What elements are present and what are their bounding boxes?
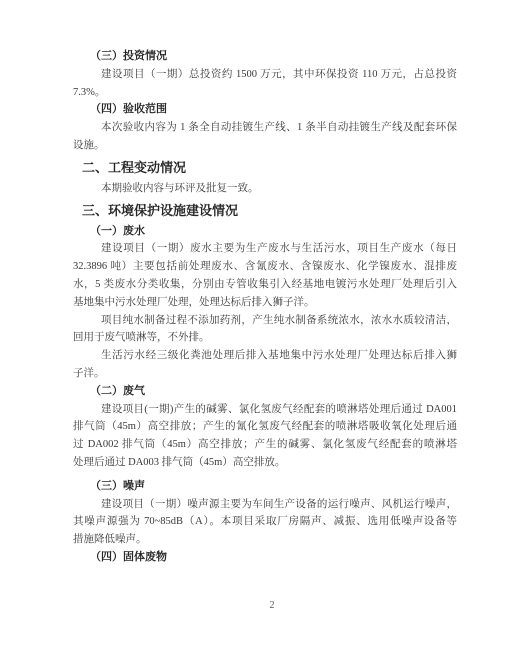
paragraph-line: 基地集中污水处理厂处理，处理达标后排入狮子洋。 [73, 294, 457, 312]
subsection-heading: （三）投资情况 [73, 48, 457, 66]
page-number: 2 [7, 600, 530, 611]
paragraph-line: 本期验收内容与环评及批复一致。 [73, 180, 457, 198]
subsection-heading: （四）固体废物 [73, 549, 457, 567]
paragraph-line: 子洋。 [73, 365, 457, 383]
section-heading: 二、工程变动情况 [73, 157, 457, 178]
paragraph-line: 建设项目（一期）总投资约 1500 万元，其中环保投资 110 万元，占总投资 [73, 66, 457, 84]
paragraph-line: 32.3896 吨）主要包括前处理废水、含氰废水、含镍废水、化学镍废水、混排废 [73, 258, 457, 276]
subsection-heading: （二）废气 [73, 383, 457, 401]
paragraph-line: 排气筒（45m）高空排放；产生的氰化氢废气经配套的喷淋塔吸收氧化处理后通 [73, 418, 457, 436]
subsection-heading: （四）验收范围 [73, 101, 457, 119]
paragraph-line: 过 DA002 排气筒（45m）高空排放；产生的碱雾、氯化氢废气经配套的喷淋塔 [73, 436, 457, 454]
paragraph-line: 建设项目（一期）废水主要为生产废水与生活污水，项目生产废水（每日 [73, 240, 457, 258]
document-body: （三）投资情况建设项目（一期）总投资约 1500 万元，其中环保投资 110 万… [0, 0, 530, 567]
paragraph-line: 处理后通过 DA003 排气筒（45m）高空排放。 [73, 454, 457, 472]
paragraph-line: 生活污水经三级化粪池处理后排入基地集中污水处理厂处理达标后排入狮 [73, 347, 457, 365]
paragraph-line: 建设项目(一期)产生的碱雾、氯化氢废气经配套的喷淋塔处理后通过 DA001 [73, 401, 457, 419]
section-heading: 三、环境保护设施建设情况 [73, 200, 457, 221]
subsection-heading: （三）噪声 [73, 478, 457, 496]
paragraph-line: 设施。 [73, 137, 457, 155]
paragraph-line: 水，5 类废水分类收集，分别由专管收集引入经基地电镀污水处理厂处理后引入 [73, 276, 457, 294]
paragraph-line: 本次验收内容为 1 条全自动挂镀生产线、1 条半自动挂镀生产线及配套环保 [73, 119, 457, 137]
document-page: （三）投资情况建设项目（一期）总投资约 1500 万元，其中环保投资 110 万… [0, 0, 530, 650]
paragraph-line: 其噪声源强为 70~85dB（A）。本项目采取厂房隔声、减振、选用低噪声设备等 [73, 513, 457, 531]
paragraph-line: 项目纯水制备过程不添加药剂，产生纯水制备系统浓水，浓水水质较清洁， [73, 312, 457, 330]
paragraph-line: 措施降低噪声。 [73, 531, 457, 549]
paragraph-line: 7.3%。 [73, 84, 457, 102]
subsection-heading: （一）废水 [73, 223, 457, 241]
paragraph-line: 回用于废气喷淋等，不外排。 [73, 329, 457, 347]
paragraph-line: 建设项目（一期）噪声源主要为车间生产设备的运行噪声、风机运行噪声， [73, 496, 457, 514]
